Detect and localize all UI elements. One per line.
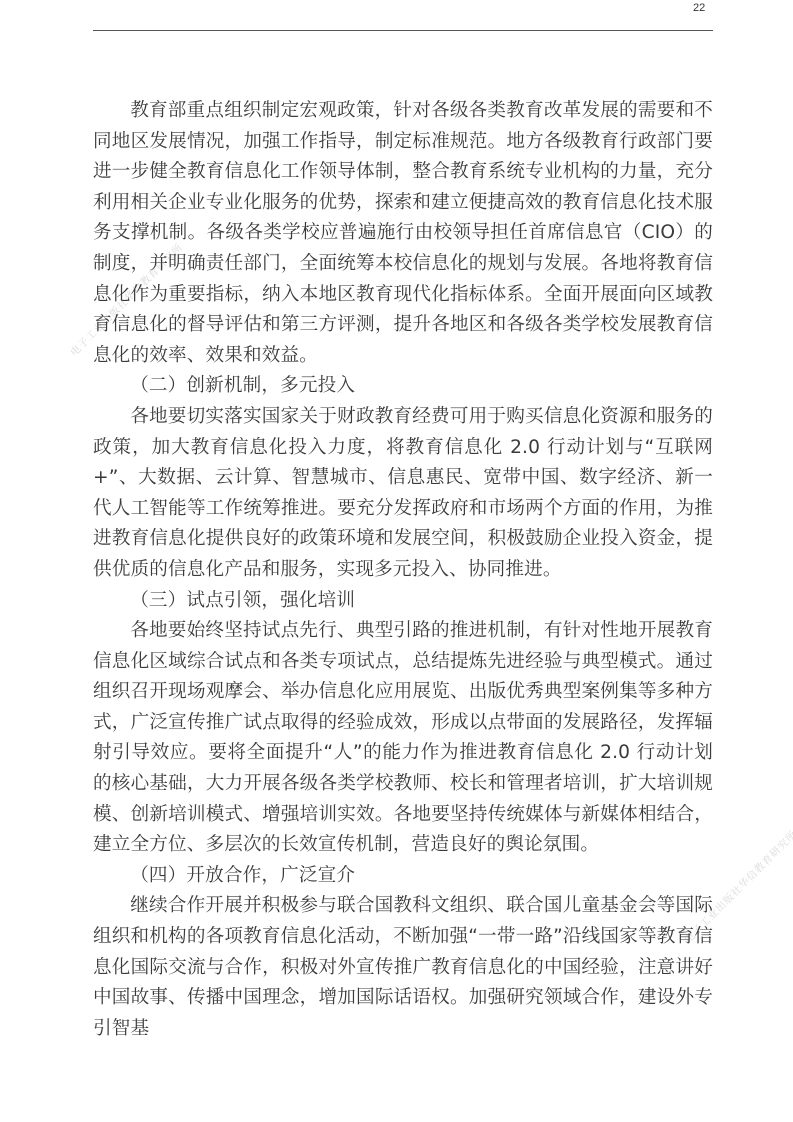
- paragraph-cooperation: 继续合作开展并积极参与联合国教科文组织、联合国儿童基金会等国际组织和机构的各项教…: [93, 891, 713, 1044]
- page-number: 22: [693, 2, 705, 14]
- section-heading-innovation: （二）创新机制，多元投入: [93, 371, 713, 402]
- section-heading-cooperation: （四）开放合作，广泛宣介: [93, 861, 713, 892]
- paragraph-leadership: 教育部重点组织制定宏观政策，针对各级各类教育改革发展的需要和不同地区发展情况，加…: [93, 96, 713, 371]
- paragraph-investment: 各地要切实落实国家关于财政教育经费可用于购买信息化资源和服务的政策，加大教育信息…: [93, 402, 713, 586]
- paragraph-pilot-training: 各地要始终坚持试点先行、典型引路的推进机制，有针对性地开展教育信息化区域综合试点…: [93, 616, 713, 861]
- document-body: 教育部重点组织制定宏观政策，针对各级各类教育改革发展的需要和不同地区发展情况，加…: [93, 96, 713, 1044]
- section-heading-pilot: （三）试点引领，强化培训: [93, 586, 713, 617]
- header-rule: [93, 30, 713, 31]
